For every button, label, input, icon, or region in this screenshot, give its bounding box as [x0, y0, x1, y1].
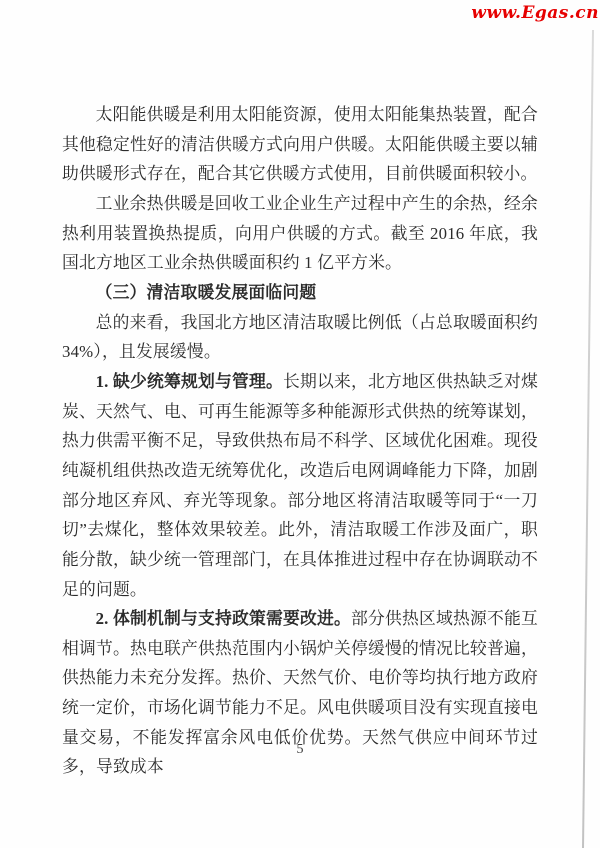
paragraph-lead: 1. 缺少统筹规划与管理。 [96, 372, 283, 391]
scan-edge-line [582, 30, 594, 848]
site-watermark: www.Egas.cn [471, 3, 599, 23]
paragraph-lead: 2. 体制机制与支持政策需要改进。 [96, 609, 351, 628]
page-number: 5 [0, 742, 600, 758]
section-heading: （三）清洁取暖发展面临问题 [62, 278, 538, 308]
document-body: 太阳能供暖是利用太阳能资源，使用太阳能集热装置，配合其他稳定性好的清洁供暖方式向… [62, 100, 538, 782]
body-paragraph: 1. 缺少统筹规划与管理。长期以来，北方地区供热缺乏对煤炭、天然气、电、可再生能… [62, 367, 538, 604]
body-paragraph: 工业余热供暖是回收工业企业生产过程中产生的余热，经余热利用装置换热提质，向用户供… [62, 189, 538, 278]
body-paragraph: 太阳能供暖是利用太阳能资源，使用太阳能集热装置，配合其他稳定性好的清洁供暖方式向… [62, 100, 538, 189]
body-paragraph: 总的来看，我国北方地区清洁取暖比例低（占总取暖面积约34%），且发展缓慢。 [62, 308, 538, 367]
document-page: www.Egas.cn 太阳能供暖是利用太阳能资源，使用太阳能集热装置，配合其他… [0, 0, 600, 848]
